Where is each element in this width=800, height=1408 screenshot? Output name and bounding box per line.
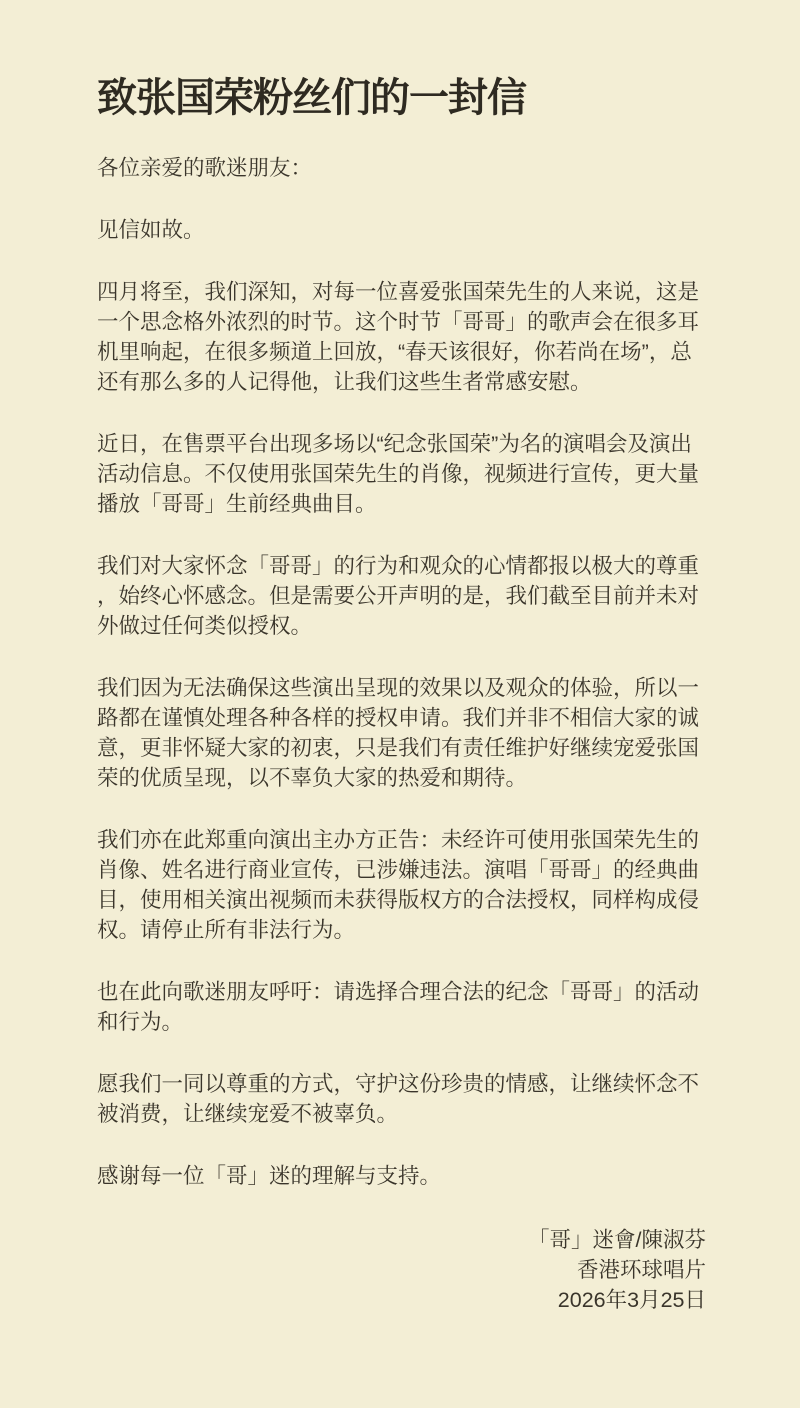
- letter-title: 致张国荣粉丝们的一封信: [97, 76, 706, 120]
- letter-body: 各位亲爱的歌迷朋友： 见信如故。 四月将至，我们深知，对每一位喜爱张国荣先生的人…: [97, 153, 706, 1191]
- letter-paragraph-3: 近日，在售票平台出现多场以“纪念张国荣”为名的演唱会及演出活动信息。不仅使用张国…: [97, 429, 706, 519]
- letter-paragraph-4: 我们对大家怀念「哥哥」的行为和观众的心情都报以极大的尊重，始终心怀感念。但是需要…: [97, 551, 706, 641]
- letter-paragraph-1: 见信如故。: [97, 215, 706, 245]
- salutation: 各位亲爱的歌迷朋友：: [97, 153, 706, 183]
- letter-paragraph-9: 感谢每一位「哥」迷的理解与支持。: [97, 1161, 706, 1191]
- letter-paragraph-6: 我们亦在此郑重向演出主办方正告：未经许可使用张国荣先生的肖像、姓名进行商业宣传，…: [97, 825, 706, 945]
- signature-company: 香港环球唱片: [97, 1255, 706, 1285]
- letter-paragraph-2: 四月将至，我们深知，对每一位喜爱张国荣先生的人来说，这是一个思念格外浓烈的时节。…: [97, 277, 706, 397]
- letter-paragraph-8: 愿我们一同以尊重的方式，守护这份珍贵的情感，让继续怀念不被消费，让继续宠爱不被辜…: [97, 1069, 706, 1129]
- signature-name: 「哥」迷會/陳淑芬: [97, 1225, 706, 1255]
- signature-block: 「哥」迷會/陳淑芬 香港环球唱片 2026年3月25日: [97, 1225, 706, 1315]
- letter-page: 致张国荣粉丝们的一封信 各位亲爱的歌迷朋友： 见信如故。 四月将至，我们深知，对…: [0, 0, 800, 1408]
- signature-date: 2026年3月25日: [97, 1285, 706, 1315]
- letter-paragraph-5: 我们因为无法确保这些演出呈现的效果以及观众的体验，所以一路都在谨慎处理各种各样的…: [97, 673, 706, 793]
- letter-paragraph-7: 也在此向歌迷朋友呼吁：请选择合理合法的纪念「哥哥」的活动和行为。: [97, 977, 706, 1037]
